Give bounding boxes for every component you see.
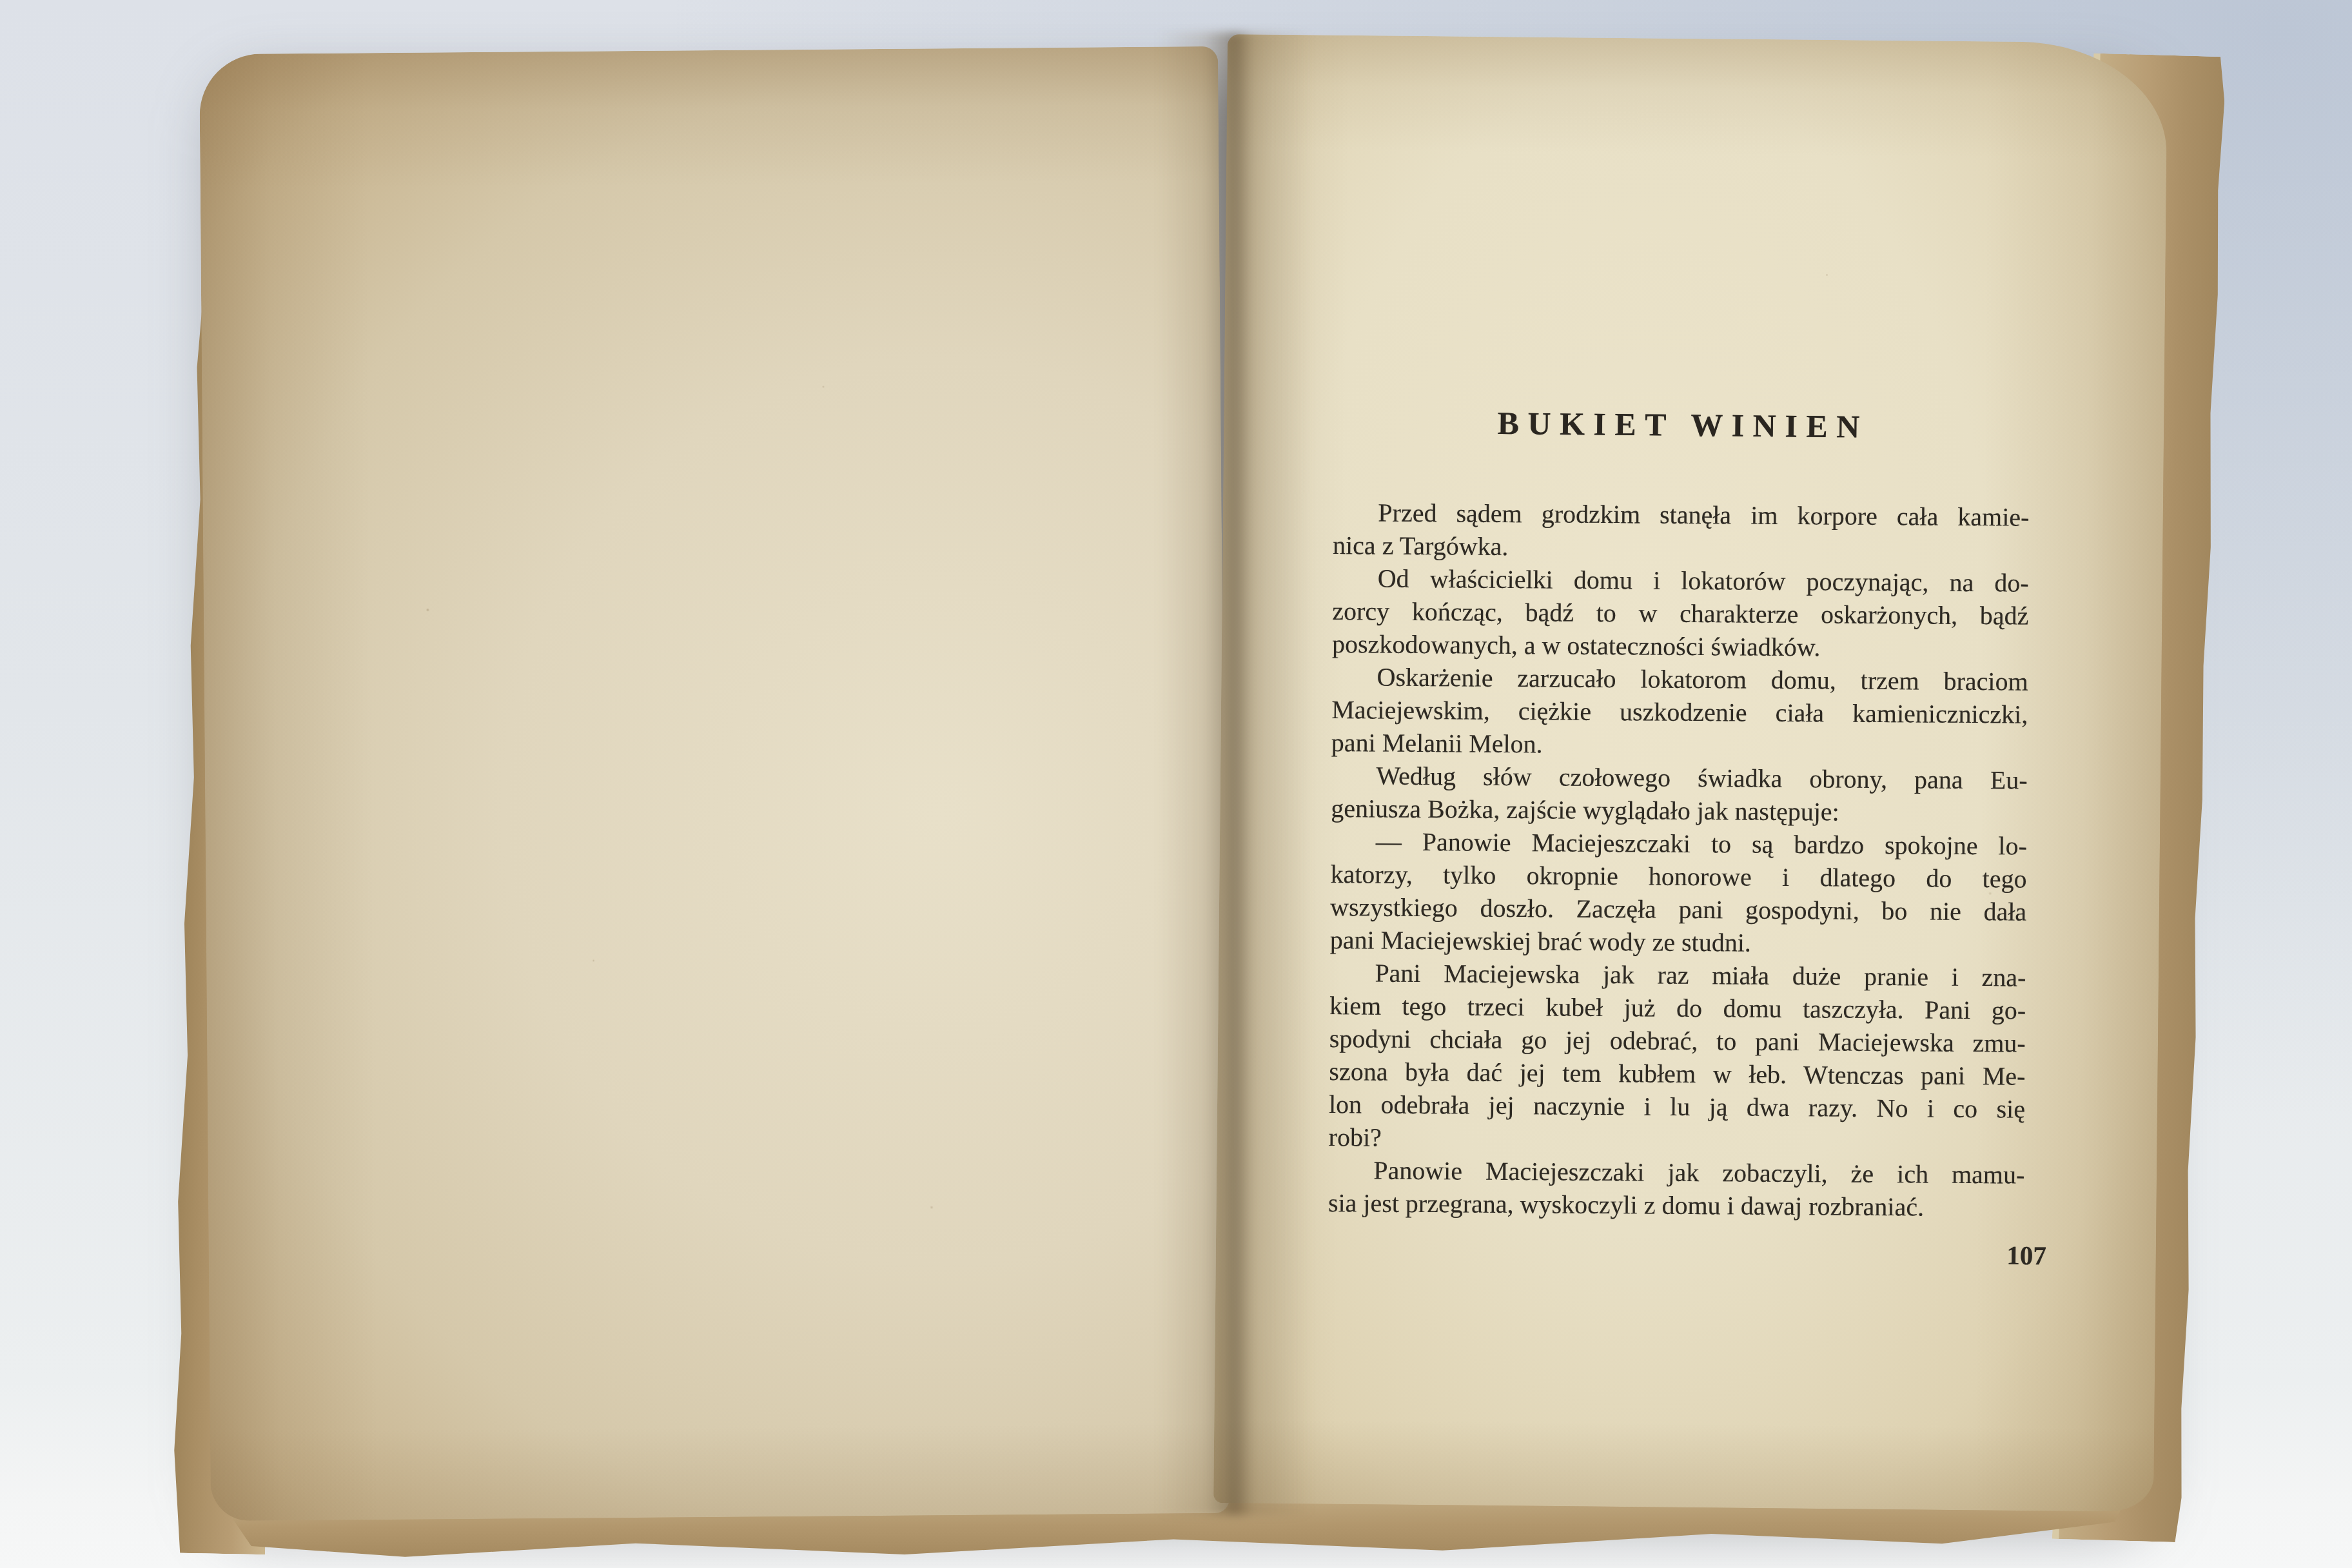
paragraph: Przed sądem grodzkim stanęła im korpore … xyxy=(1333,496,2030,567)
text-line: Oskarżenie zarzucało lokatorom domu, trz… xyxy=(1331,660,2028,698)
paragraph: Oskarżenie zarzucało lokatorom domu, trz… xyxy=(1331,660,2028,764)
paragraph: Od właścicielki domu i lokatorów poczyna… xyxy=(1332,562,2029,665)
paragraph: — Panowie Maciejeszczaki to są bardzo sp… xyxy=(1330,825,2027,961)
text-line: pani Melanii Melon. xyxy=(1331,726,2028,764)
text-line: — Panowie Maciejeszczaki to są bardzo sp… xyxy=(1331,825,2027,863)
right-page: BUKIET WINIEN Przed sądem grodzkim stanę… xyxy=(1213,34,2168,1512)
text-line: nica z Targówka. xyxy=(1333,529,2029,567)
open-book: BUKIET WINIEN Przed sądem grodzkim stanę… xyxy=(0,0,2352,1568)
text-line: Przed sądem grodzkim stanęła im korpore … xyxy=(1333,496,2029,534)
paragraph: Pani Maciejewska jak raz miała duże pran… xyxy=(1329,956,2026,1159)
text-line: katorzy, tylko okropnie honorowe i dlate… xyxy=(1330,857,2026,896)
chapter-title: BUKIET WINIEN xyxy=(1335,403,2032,447)
text-line: Maciejewskim, ciężkie uszkodzenie ciała … xyxy=(1331,693,2028,731)
text-line: wszystkiego doszło. Zaczęła pani gospody… xyxy=(1330,890,2026,928)
text-line: Według słów czołowego świadka obrony, pa… xyxy=(1331,759,2027,797)
text-line: sia jest przegrana, wyskoczyli z domu i … xyxy=(1328,1186,2024,1224)
text-line: lon odebrała jej naczynie i lu ją dwa ra… xyxy=(1329,1088,2025,1126)
text-line: poszkodowanych, a w ostateczności świadk… xyxy=(1332,627,2028,665)
text-line: geniusza Bożka, zajście wyglądało jak na… xyxy=(1331,792,2027,830)
text-line: zorcy kończąc, bądź to w charakterze osk… xyxy=(1332,594,2028,632)
text-line: robi? xyxy=(1329,1121,2025,1159)
text-line: spodyni chciała go jej odebrać, to pani … xyxy=(1329,1022,2026,1060)
paragraph: Według słów czołowego świadka obrony, pa… xyxy=(1331,759,2028,830)
text-line: kiem tego trzeci kubeł już do domu taszc… xyxy=(1329,989,2026,1027)
text-line: szona była dać jej tem kubłem w łeb. Wte… xyxy=(1329,1055,2025,1093)
body-text: Przed sądem grodzkim stanęła im korpore … xyxy=(1328,496,2030,1224)
text-line: pani Maciejewskiej brać wody ze studni. xyxy=(1330,923,2026,961)
text-line: Pani Maciejewska jak raz miała duże pran… xyxy=(1329,956,2026,994)
page-number: 107 xyxy=(1327,1233,2046,1271)
paragraph: Panowie Maciejeszczaki jak zobaczyli, że… xyxy=(1328,1153,2025,1224)
text-line: Od właścicielki domu i lokatorów poczyna… xyxy=(1333,562,2029,600)
left-page-blank xyxy=(199,46,1230,1521)
text-line: Panowie Maciejeszczaki jak zobaczyli, że… xyxy=(1328,1153,2024,1191)
